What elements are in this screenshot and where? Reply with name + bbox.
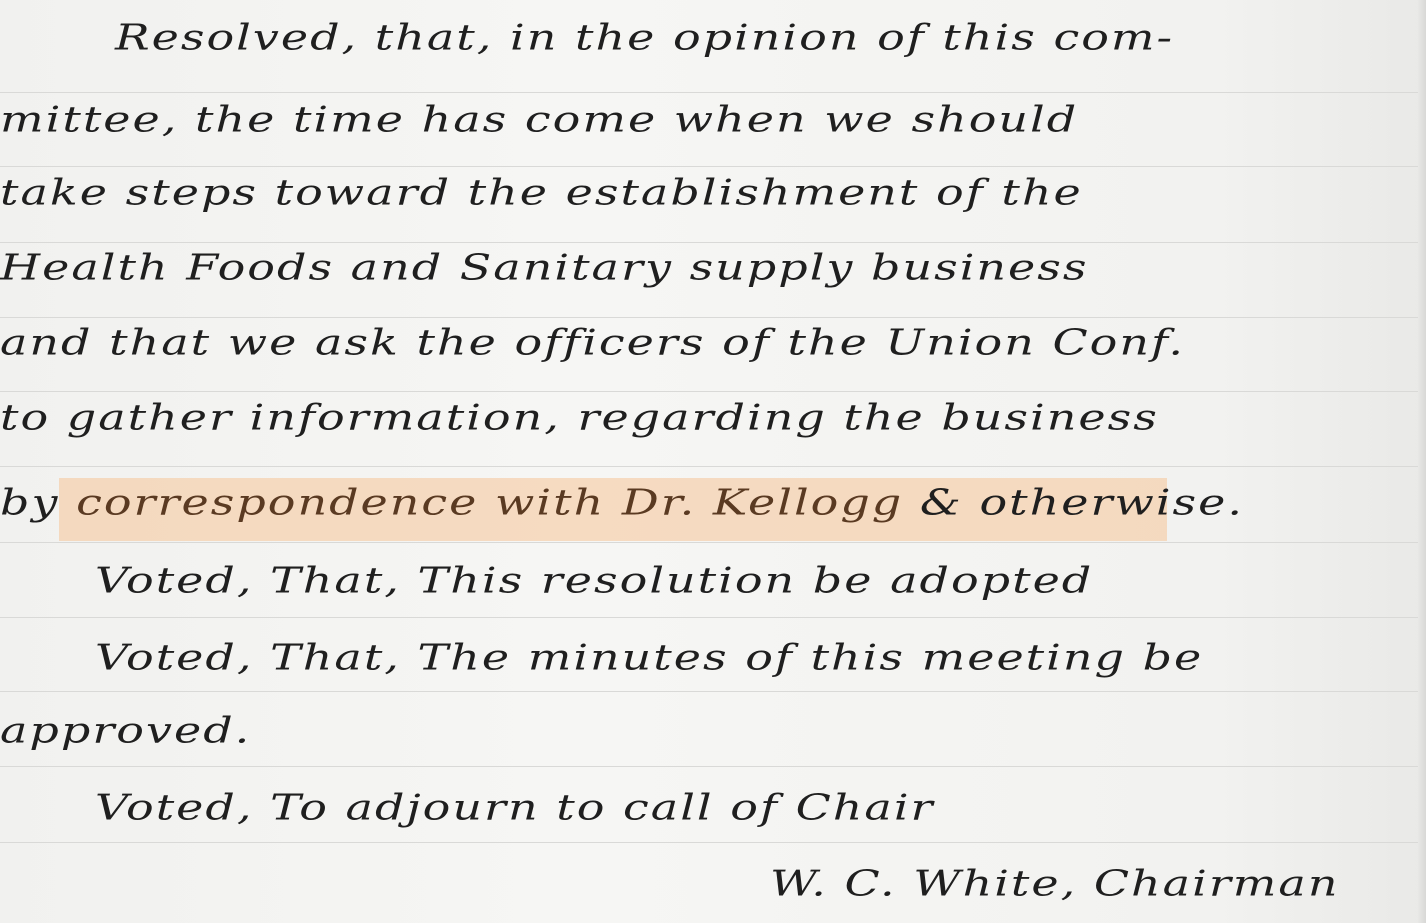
handwritten-line-8: Voted, That, This resolution be adopted xyxy=(95,559,1093,601)
manuscript-page: Resolved, that, in the opinion of this c… xyxy=(0,0,1426,923)
signature-line: W. C. White, Chairman xyxy=(770,862,1339,904)
line-7-suffix: & otherwise. xyxy=(903,481,1244,523)
ruled-line xyxy=(0,466,1426,467)
ruled-line xyxy=(0,317,1426,318)
ruled-line xyxy=(0,166,1426,167)
handwritten-line-4: Health Foods and Sanitary supply busines… xyxy=(0,246,1088,288)
handwritten-line-9: Voted, That, The minutes of this meeting… xyxy=(95,636,1203,678)
handwritten-line-7: by correspondence with Dr. Kellogg & oth… xyxy=(0,481,1244,523)
line-7-prefix: by xyxy=(0,481,76,523)
ruled-line xyxy=(0,92,1426,93)
handwritten-line-10: approved. xyxy=(0,709,251,751)
ruled-line xyxy=(0,242,1426,243)
page-edge xyxy=(1418,0,1426,923)
handwritten-line-2: mittee, the time has come when we should xyxy=(0,98,1078,140)
ruled-line xyxy=(0,766,1426,767)
highlighted-phrase: correspondence with Dr. Kellogg xyxy=(76,481,903,523)
ruled-line xyxy=(0,542,1426,543)
ruled-line xyxy=(0,842,1426,843)
handwritten-line-11: Voted, To adjourn to call of Chair xyxy=(95,786,935,828)
ruled-line xyxy=(0,691,1426,692)
handwritten-line-1: Resolved, that, in the opinion of this c… xyxy=(115,16,1174,58)
handwritten-line-3: take steps toward the establishment of t… xyxy=(0,171,1083,213)
handwritten-line-6: to gather information, regarding the bus… xyxy=(0,396,1159,438)
handwritten-line-5: and that we ask the officers of the Unio… xyxy=(0,321,1185,363)
ruled-line xyxy=(0,617,1426,618)
ruled-line xyxy=(0,391,1426,392)
